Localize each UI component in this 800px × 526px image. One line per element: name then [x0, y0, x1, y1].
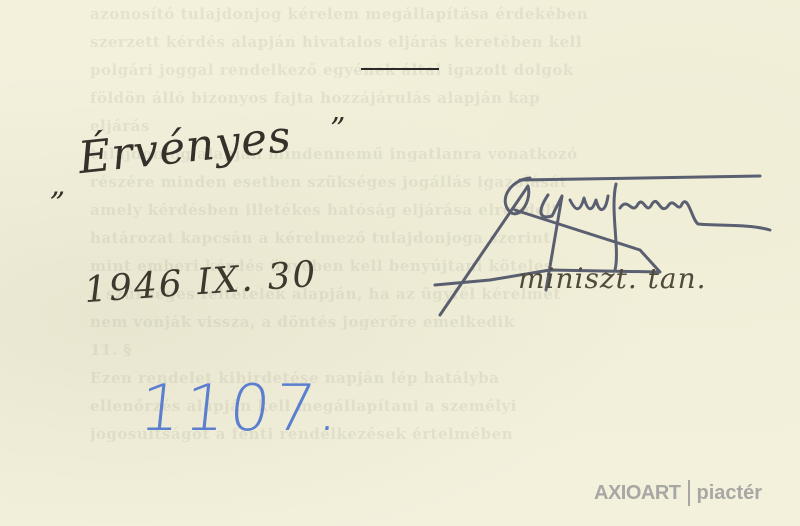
watermark-brand: AXIOART — [594, 482, 681, 505]
bleed-line — [90, 448, 760, 476]
handwritten-inventory-number: 1107. — [136, 372, 347, 446]
handwritten-quote-open: „ — [50, 168, 66, 203]
bleed-line: azonosító tulajdonjog kérelem megállapít… — [90, 0, 760, 28]
handwritten-title-abbreviation: miniszt. tan. — [518, 262, 707, 295]
document-page: azonosító tulajdonjog kérelem megállapít… — [0, 0, 800, 526]
watermark-logo: AXIOART piactér — [594, 480, 762, 506]
handwritten-date: 1946 IX. 30 — [83, 254, 319, 311]
handwritten-validity-word: Érvényes — [76, 111, 294, 184]
bleed-line: földön álló bizonyos fajta hozzájárulás … — [90, 84, 760, 112]
bleed-line: 11. § — [90, 336, 760, 364]
watermark-separator — [688, 480, 690, 506]
printed-separator-rule — [361, 68, 439, 70]
watermark-market: piactér — [697, 482, 763, 505]
handwritten-quote-close: ” — [330, 112, 345, 147]
bleed-line: szerzett kérdés alapján hivatalos eljárá… — [90, 28, 760, 56]
bleed-line: polgári joggal rendelkező egyének által … — [90, 56, 760, 84]
